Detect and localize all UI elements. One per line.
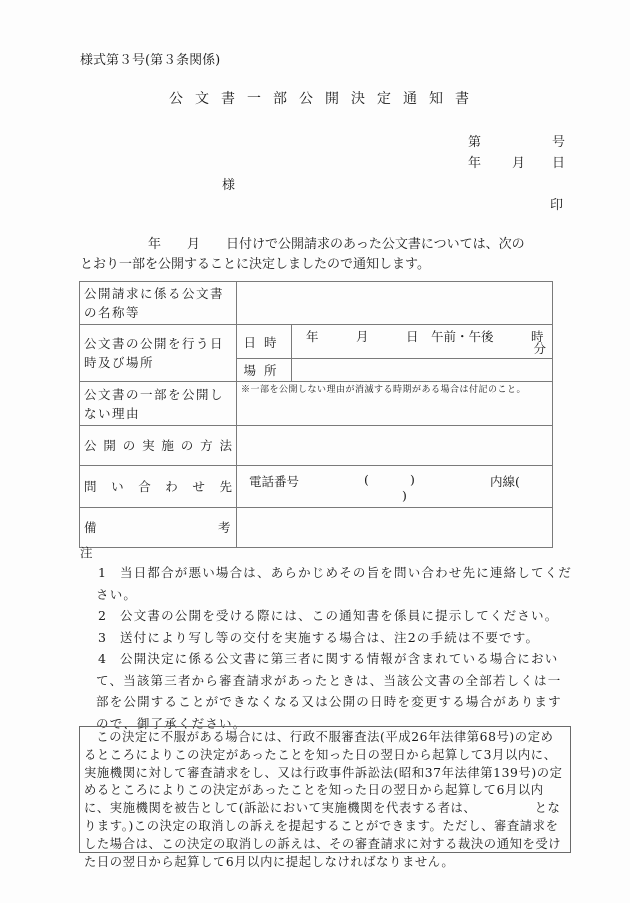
- table-row-method: 公開の実施の方法: [80, 426, 553, 466]
- table-row-reason: 公文書の一部を公開しない理由 ※一部を公開しない理由が消滅する時期がある場合は付…: [80, 382, 553, 426]
- label-document-name: 公開請求に係る公文書の名称等: [80, 282, 237, 325]
- value-datetime[interactable]: 年 月 日 午前・午後 時 分: [292, 325, 553, 359]
- label-remarks: 備 考: [80, 508, 237, 548]
- date-year: 年: [468, 152, 481, 171]
- note-item: 3送付により写し等の交付を実施する場合は、注2の手続は不要です。: [80, 627, 574, 649]
- intro-line-2: とおり一部を公開することに決定しましたので通知します。: [80, 255, 570, 275]
- label-remarks-left: 備: [84, 518, 98, 537]
- value-document-name[interactable]: [237, 282, 553, 325]
- sublabel-datetime: 日時: [237, 325, 292, 359]
- notes-list: 1当日都合が悪い場合は、あらかじめその旨を問い合わせ先に連絡してください。 2公…: [80, 562, 574, 734]
- note-item: 1当日都合が悪い場合は、あらかじめその旨を問い合わせ先に連絡してください。: [80, 562, 574, 605]
- reason-note[interactable]: ※一部を公開しない理由が消滅する時期がある場合は付記のこと。: [237, 382, 553, 426]
- extension-label: 内線(: [490, 472, 520, 490]
- addressee-suffix: 様: [222, 174, 235, 193]
- sublabel-place: 場所: [237, 359, 292, 382]
- value-contact[interactable]: 電話番号 ( ) 内線( ): [237, 466, 553, 508]
- label-reason: 公文書の一部を公開しない理由: [80, 382, 237, 426]
- label-datetime-place: 公文書の公開を行う日時及び場所: [80, 325, 237, 382]
- tel-label: 電話番号: [249, 472, 299, 490]
- table-row-contact: 問い合わせ先 電話番号 ( ) 内線( ): [80, 466, 553, 508]
- intro-paragraph: 年 月 日付けで公開請求のあった公文書については、次の とおり一部を公開すること…: [80, 235, 570, 275]
- doc-no-prefix: 第: [468, 131, 481, 150]
- tel-paren-open: (: [364, 472, 369, 487]
- notes-heading: 注: [80, 543, 93, 561]
- value-remarks[interactable]: [237, 508, 553, 548]
- date-month: 月: [512, 152, 525, 171]
- appeal-notice-box: この決定に不服がある場合には、行政不服審査法(平成26年法律第68号)の定めると…: [79, 726, 571, 853]
- doc-no-suffix: 号: [552, 131, 565, 150]
- note-item: 2公文書の公開を受ける際には、この通知書を係員に提示してください。: [80, 605, 574, 627]
- intro-line-1: 年 月 日付けで公開請求のあった公文書については、次の: [80, 235, 570, 255]
- label-method: 公開の実施の方法: [80, 426, 237, 466]
- label-contact: 問い合わせ先: [80, 466, 237, 508]
- table-row-datetime: 公文書の公開を行う日時及び場所 日時 年 月 日 午前・午後 時 分: [80, 325, 553, 359]
- tel-paren-close: ): [410, 472, 415, 487]
- decision-table: 公開請求に係る公文書の名称等 公文書の公開を行う日時及び場所 日時 年 月 日 …: [79, 281, 553, 548]
- datetime-template: 年 月 日 午前・午後 時: [306, 327, 544, 345]
- document-title: 公文書一部公開決定通知書: [0, 88, 630, 108]
- extension-close: ): [402, 488, 407, 503]
- seal-mark: 印: [550, 194, 563, 213]
- label-remarks-right: 考: [218, 518, 232, 537]
- date-day: 日: [552, 152, 565, 171]
- datetime-minute: 分: [533, 339, 546, 357]
- value-method[interactable]: [237, 426, 553, 466]
- table-row-document-name: 公開請求に係る公文書の名称等: [80, 282, 553, 325]
- value-place[interactable]: [292, 359, 553, 382]
- form-id: 様式第３号(第３条関係): [80, 49, 220, 68]
- note-item: 4公開決定に係る公文書に第三者に関する情報が含まれている場合において、当該第三者…: [80, 648, 574, 734]
- table-row-remarks: 備 考: [80, 508, 553, 548]
